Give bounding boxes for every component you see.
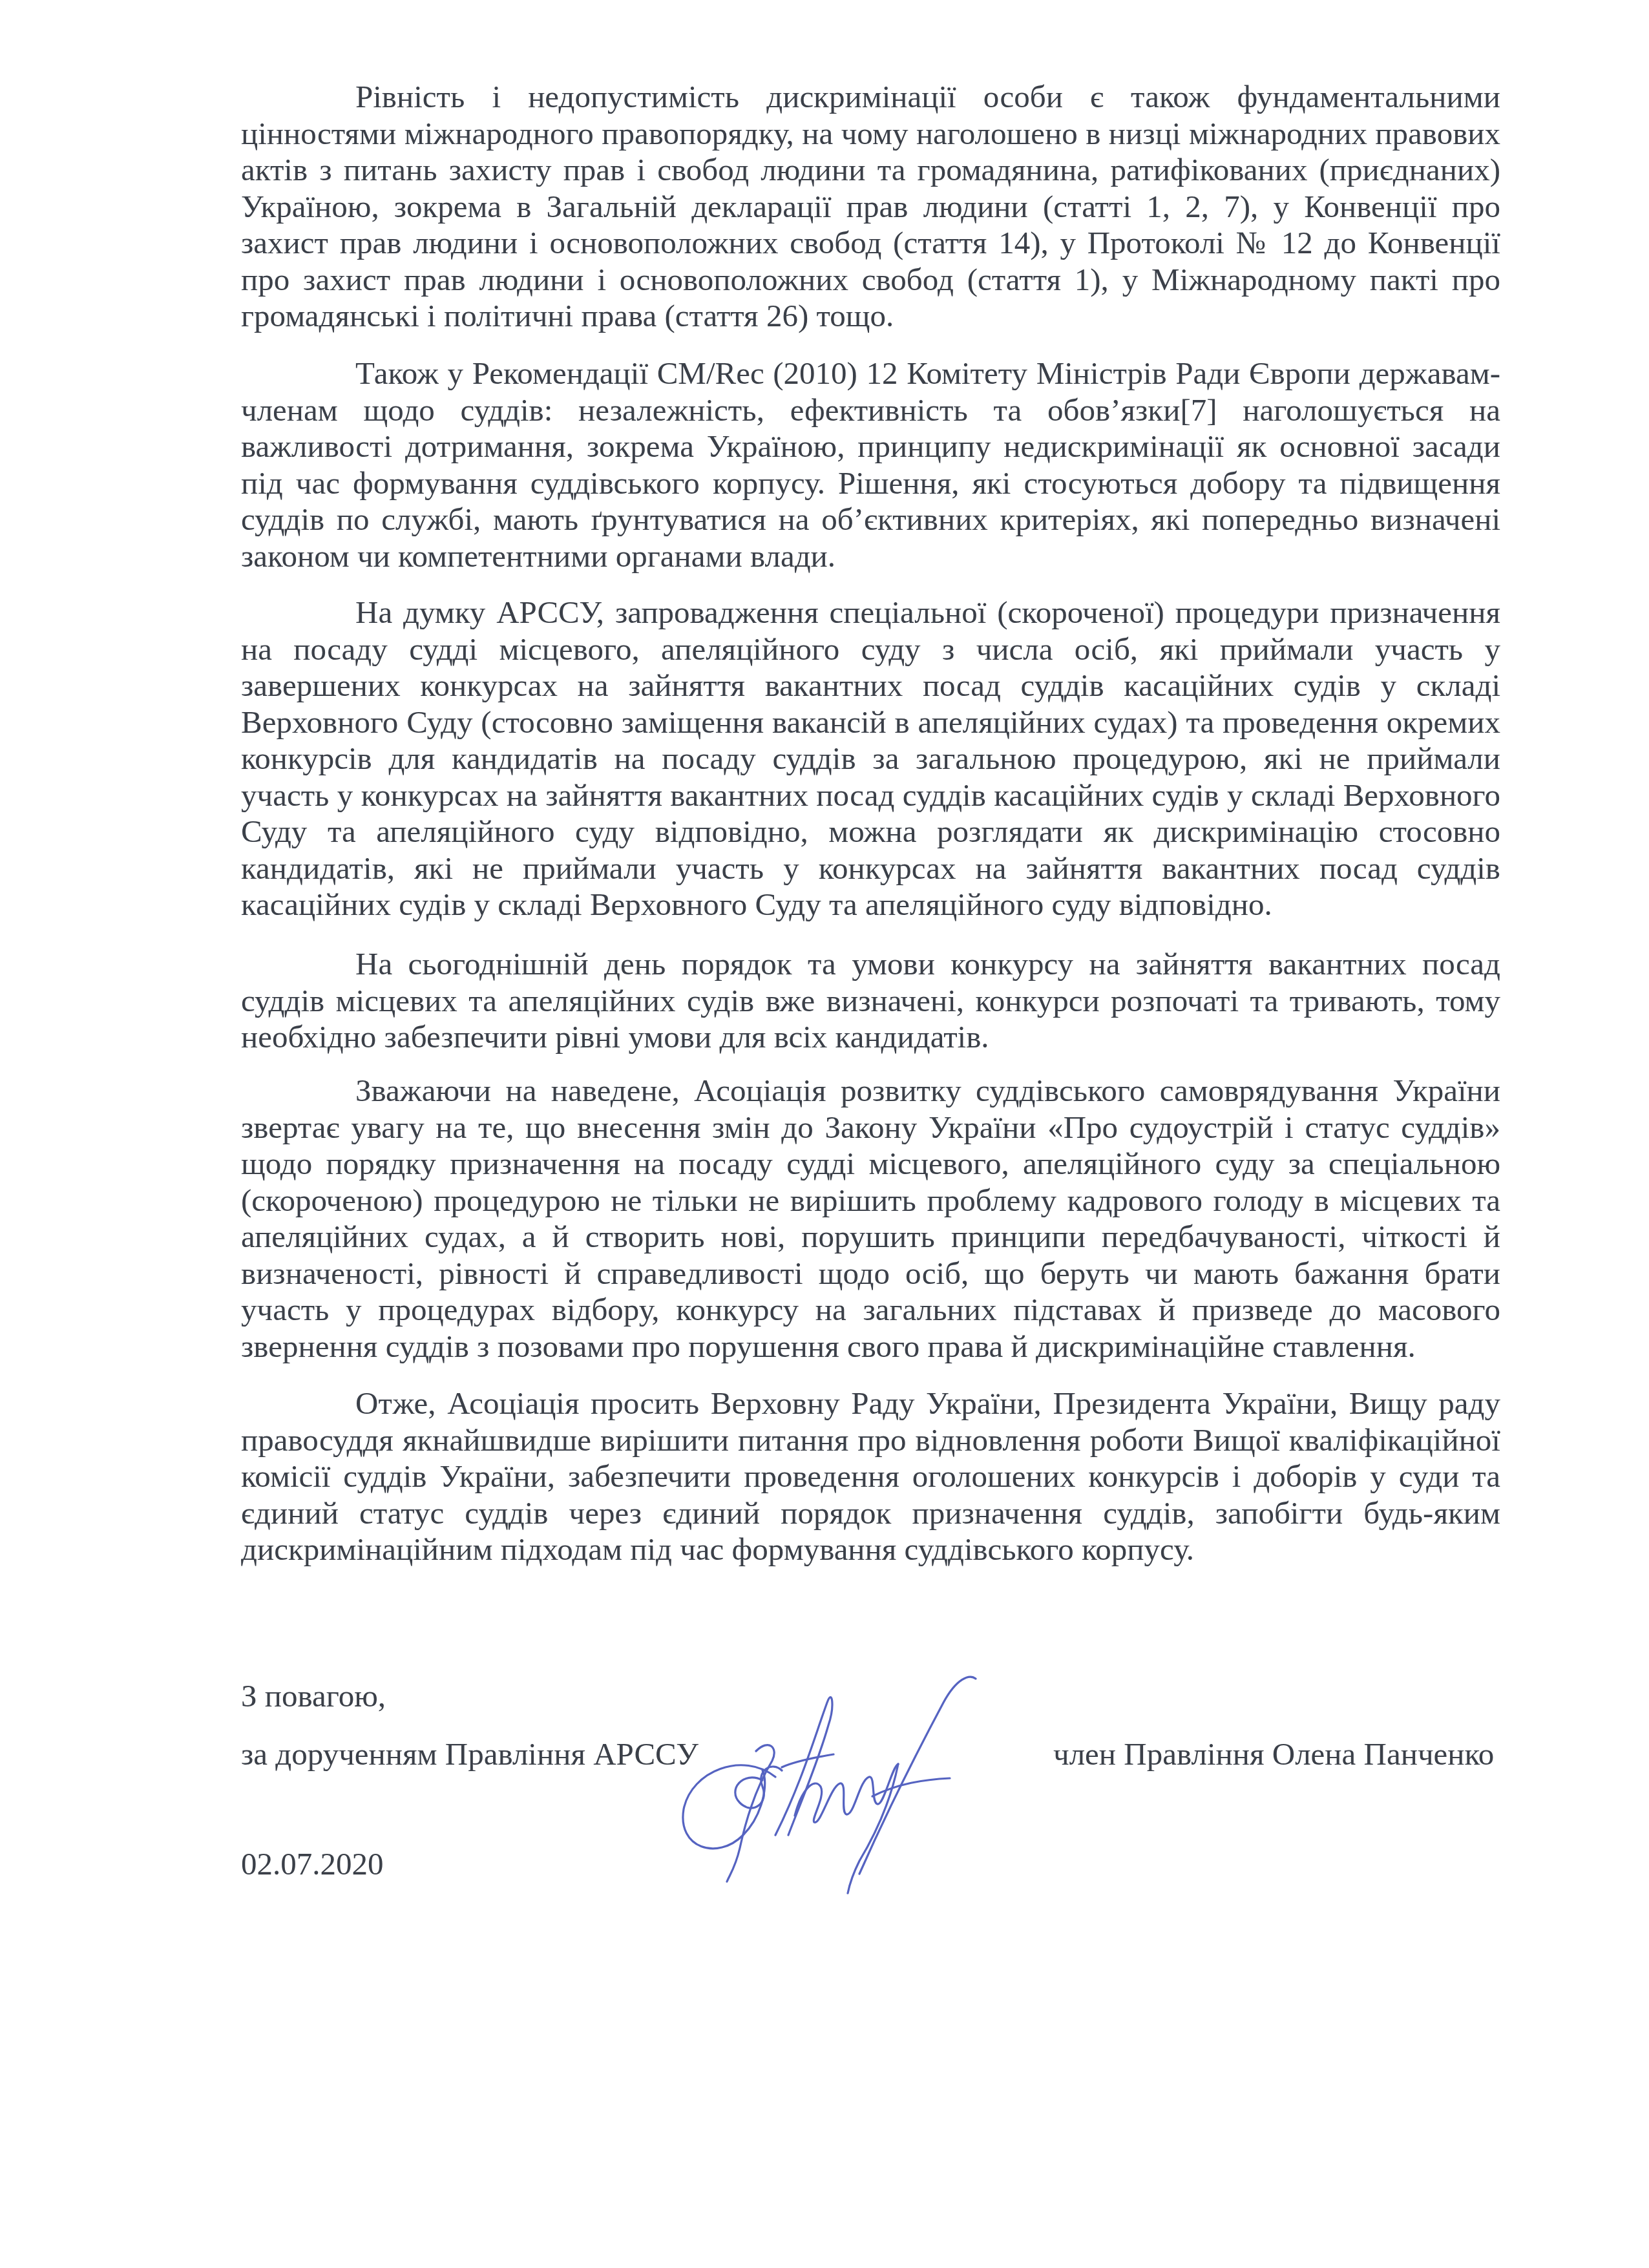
document-date: 02.07.2020: [241, 1846, 384, 1883]
handwritten-signature: [666, 1641, 1047, 1900]
paragraph-equality-international-law: Рівність і недопустимість дискримінації …: [241, 79, 1500, 335]
paragraph-association-request: Отже, Асоціація просить Верховну Раду Ук…: [241, 1385, 1500, 1568]
signature-icon: [666, 1641, 1047, 1900]
document-page: Рівність і недопустимість дискримінації …: [0, 0, 1649, 2268]
signatory-name: член Правління Олена Панченко: [1053, 1736, 1494, 1773]
paragraph-recommendation-cm-rec: Також у Рекомендації CM/Rec (2010) 12 Ко…: [241, 355, 1500, 574]
paragraph-current-competitions: На сьогоднішній день порядок та умови ко…: [241, 946, 1500, 1056]
paragraph-association-concerns: Зважаючи на наведене, Асоціація розвитку…: [241, 1073, 1500, 1365]
paragraph-arssu-opinion: На думку АРССУ, запровадження спеціально…: [241, 594, 1500, 923]
signature-authority: за дорученням Правління АРССУ: [241, 1736, 698, 1773]
closing-salutation: З повагою,: [241, 1678, 386, 1715]
